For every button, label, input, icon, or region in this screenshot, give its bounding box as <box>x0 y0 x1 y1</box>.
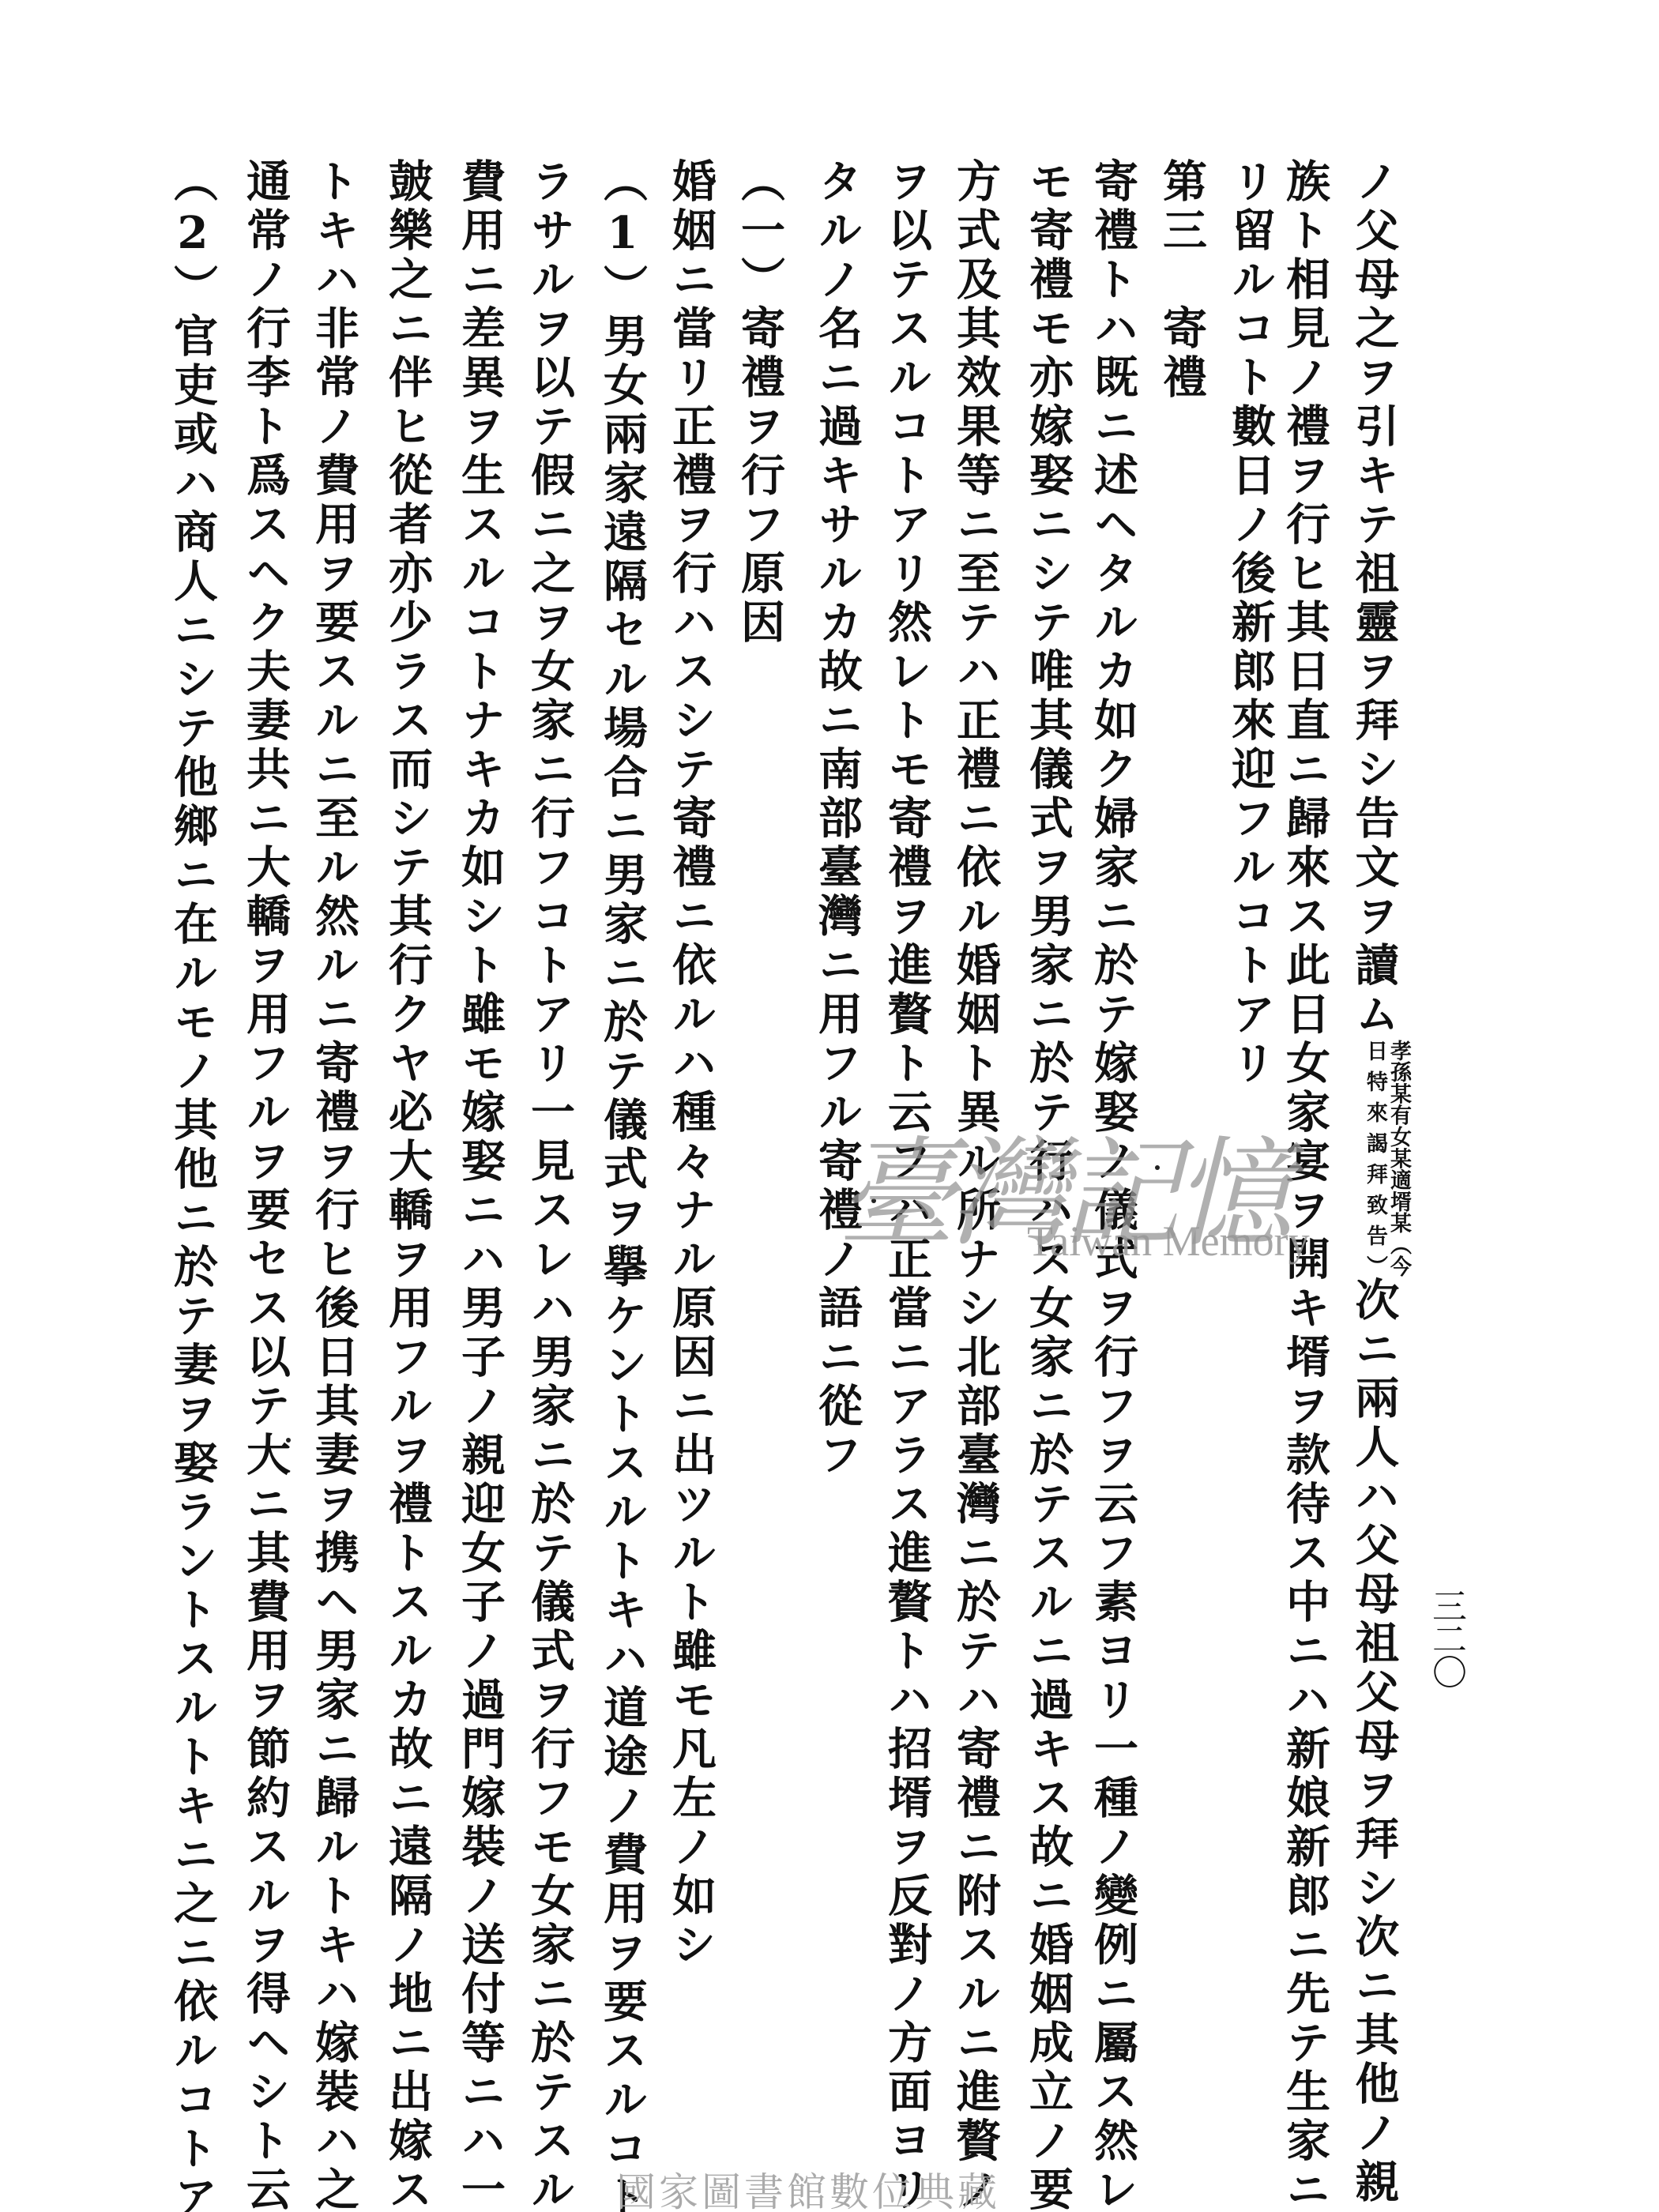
text-column-14: 費用ニ差異ヲ生スルコトナキカ如シト雖モ嫁娶ニハ男子ノ親迎女子ノ過門嫁裝ノ送付等ニ… <box>449 158 512 2038</box>
text-column-18: （2）官吏或ハ商人ニシテ他鄉ニ在ルモノ其他ニ於テ妻ヲ娶ラントスルトキニ之ニ依ルコ… <box>161 158 224 2038</box>
column-1-text: ノ父母之ヲ引キテ祖靈ヲ拜シ告文ヲ讀ム <box>1348 158 1400 1040</box>
footer-collection-label: 國家圖書館數位典藏 <box>616 2161 1043 2208</box>
scan-dot <box>1155 1165 1160 1170</box>
subsection-heading: （一）寄禮ヲ行フ原因 <box>728 158 792 2038</box>
text-column-13: ラサルヲ以テ假ニ之ヲ女家ニ行フコトアリ一見スレハ男家ニ於テ儀式ヲ行フモ女家ニ於テ… <box>518 158 581 2038</box>
column-1-text-after: 次ニ兩人ハ父母祖父母ヲ拜シ次ニ其他ノ親 <box>1348 1277 1400 2207</box>
text-column-5: 寄禮トハ既ニ述ヘタルカ如ク婦家ニ於テ嫁娶ノ儀式ヲ行フヲ云フ素ヨリ一種ノ變例ニ屬ス… <box>1082 158 1145 2038</box>
inline-note: 孝孫某有女某適壻某（今日特來謁拜致告） <box>1361 1040 1410 1277</box>
inline-note-right: 孝孫某有女某適壻某 <box>1386 1040 1411 1234</box>
document-page: ノ父母之ヲ引キテ祖靈ヲ拜シ告文ヲ讀ム孝孫某有女某適壻某（今日特來謁拜致告）次ニ兩… <box>0 0 1659 2212</box>
text-column-7: 方式及其效果等ニ至テハ正禮ニ依ル婚姻ト異ル所ナシ北部臺灣ニ於テハ寄禮ニ附スルニ進… <box>944 158 1007 2038</box>
text-column-16: トキハ非常ノ費用ヲ要スルニ至ル然ルニ寄禮ヲ行ヒ後日其妻ヲ携ヘ男家ニ歸ルトキハ嫁裝… <box>303 158 366 2038</box>
text-column-9: タルノ名ニ過キサルカ故ニ南部臺灣ニ用フル寄禮ノ語ニ從フ <box>806 158 869 2038</box>
text-column-6: モ寄禮モ亦嫁娶ニシテ唯其儀式ヲ男家ニ於テ行ハス女家ニ於テスルニ過キス故ニ婚姻成立… <box>1017 158 1080 2038</box>
text-column-2: 族ト相見ノ禮ヲ行ヒ其日直ニ歸來ス此日女家宴ヲ開キ壻ヲ款待ス中ニハ新娘新郎ニ先テ生… <box>1273 158 1337 2038</box>
text-column-11: 婚姻ニ當リ正禮ヲ行ハスシテ寄禮ニ依ルハ種々ナル原因ニ出ツルト雖モ凡左ノ如シ <box>660 158 723 2038</box>
scan-dot <box>286 1438 291 1443</box>
text-column-8: ヲ以テスルコトアリ然レトモ寄禮ヲ進贅ト云フハ正當ニアラス進贅トハ招壻ヲ反對ノ方面… <box>875 158 939 2038</box>
text-column-3: リ留ルコト數日ノ後新郎來迎フルコトアリ <box>1219 158 1282 2038</box>
section-heading: 第三 寄禮 <box>1150 158 1213 2038</box>
text-column-1: ノ父母之ヲ引キテ祖靈ヲ拜シ告文ヲ讀ム孝孫某有女某適壻某（今日特來謁拜致告）次ニ兩… <box>1347 158 1410 2038</box>
text-column-17: 通常ノ行李ト爲スヘク夫妻共ニ大轎ヲ用フルヲ要セス以テ大ニ其費用ヲ節約スルヲ得ヘシ… <box>234 158 297 2038</box>
text-column-15: 皷樂之ニ伴ヒ從者亦少ラス而シテ其行クヤ必大轎ヲ用フルヲ禮トスルカ故ニ遠隔ノ地ニ出… <box>376 158 439 2038</box>
scan-dot <box>871 1198 876 1203</box>
text-column-12: （1）男女兩家遠隔セル場合ニ男家ニ於テ儀式ヲ擧ケントスルトキハ道途ノ費用ヲ要スル… <box>591 158 654 2038</box>
page-number: 三二〇 <box>1431 1588 1471 1714</box>
